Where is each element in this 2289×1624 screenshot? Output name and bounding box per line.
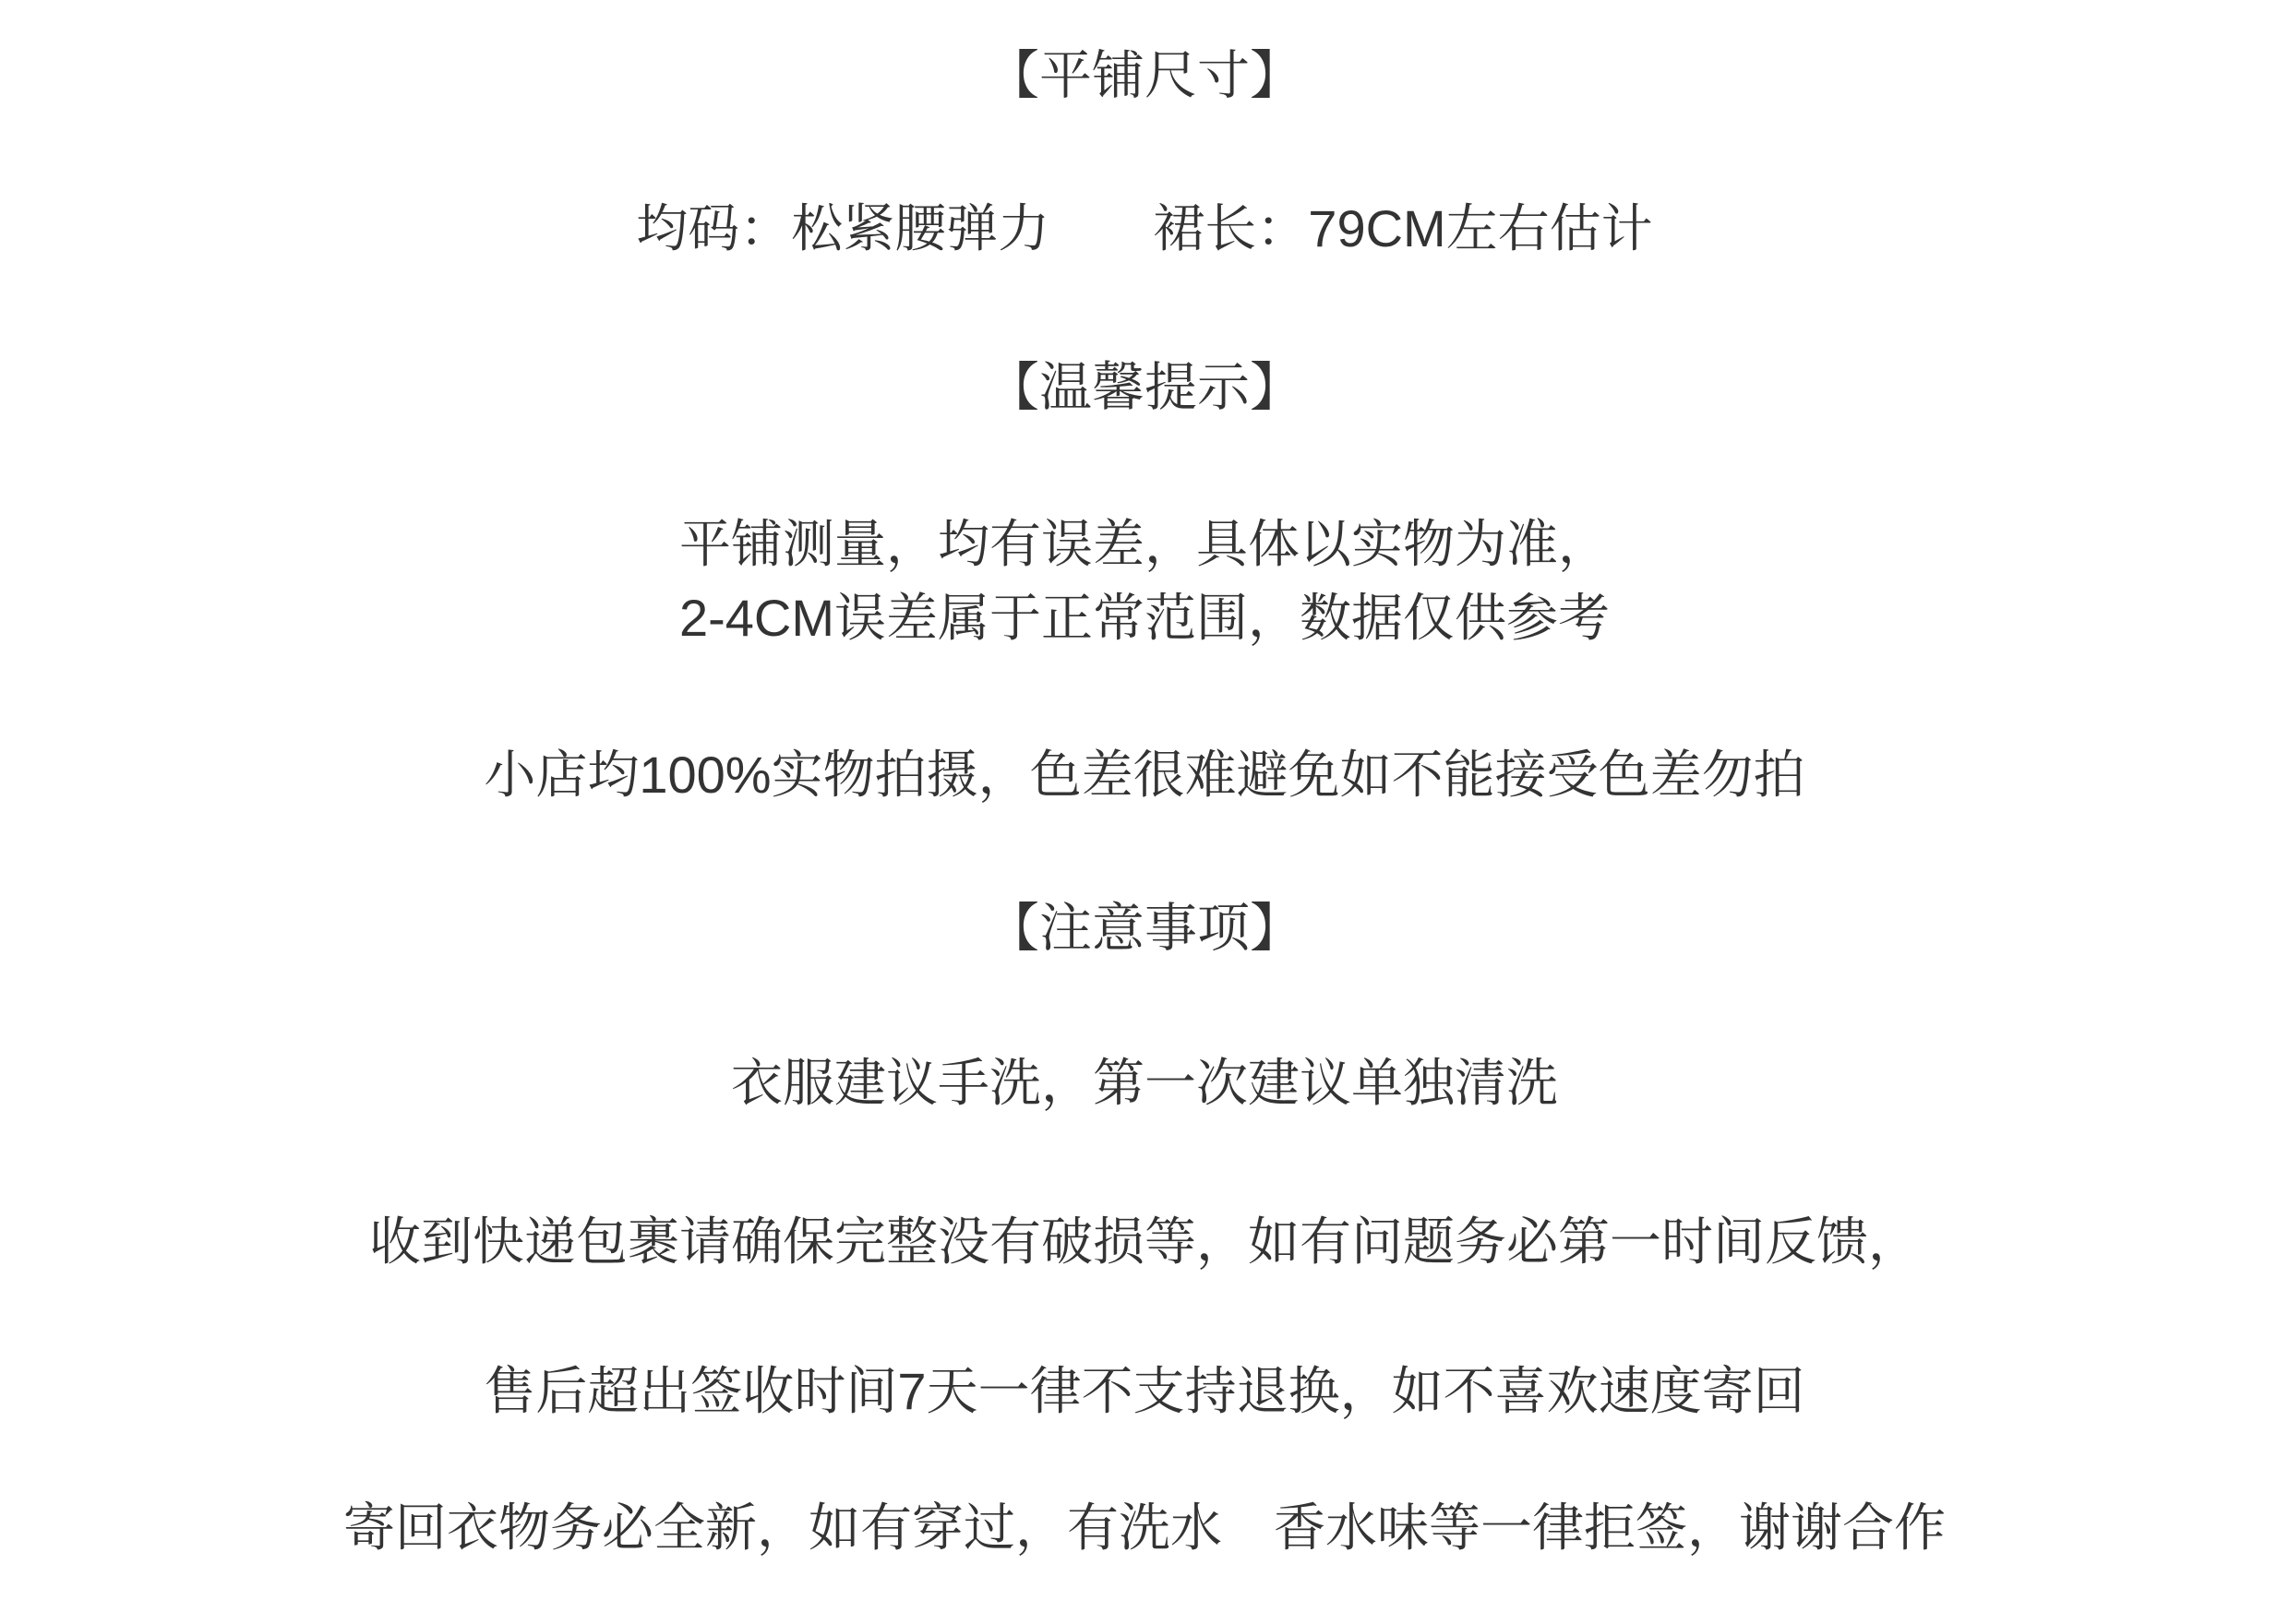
notice-washing-line: 衣服建议手洗，第一次建议单独清洗 [0,1046,2289,1120]
notice-return-policy-line: 售后超出签收时间7天一律不支持退换，如不喜欢速度寄回 [0,1355,2289,1428]
section-title-notices: 【注意事项】 [0,891,2289,965]
section-title-warm-tips: 【温馨提示】 [0,351,2289,424]
product-notes-page: 【平铺尺寸】 均码：松紧腰弹力 裙长：79CM左右估计 【温馨提示】 平铺测量，… [0,0,2289,1624]
size-spec-line: 均码：松紧腰弹力 裙长：79CM左右估计 [0,192,2289,266]
tip-measurement-line-1: 平铺测量，均有误差，具体以实物为准， [0,507,2289,581]
notice-package-check-line: 收到快递包裹请确保完整没有破损等，如有问题务必第一时间反馈， [0,1205,2289,1279]
notice-return-condition-line: 寄回衣物务必全新，如有穿过，有洗水 香水味等一律拒签，谢谢合作 [0,1491,2289,1565]
tip-color-difference-line: 小店均100%实物拍摄，色差很难避免如不能接受色差勿拍 [0,738,2289,812]
section-title-flat-size: 【平铺尺寸】 [0,39,2289,113]
tip-measurement-line-2: 2-4CM误差属于正常范围，数据仅供参考 [0,581,2289,655]
